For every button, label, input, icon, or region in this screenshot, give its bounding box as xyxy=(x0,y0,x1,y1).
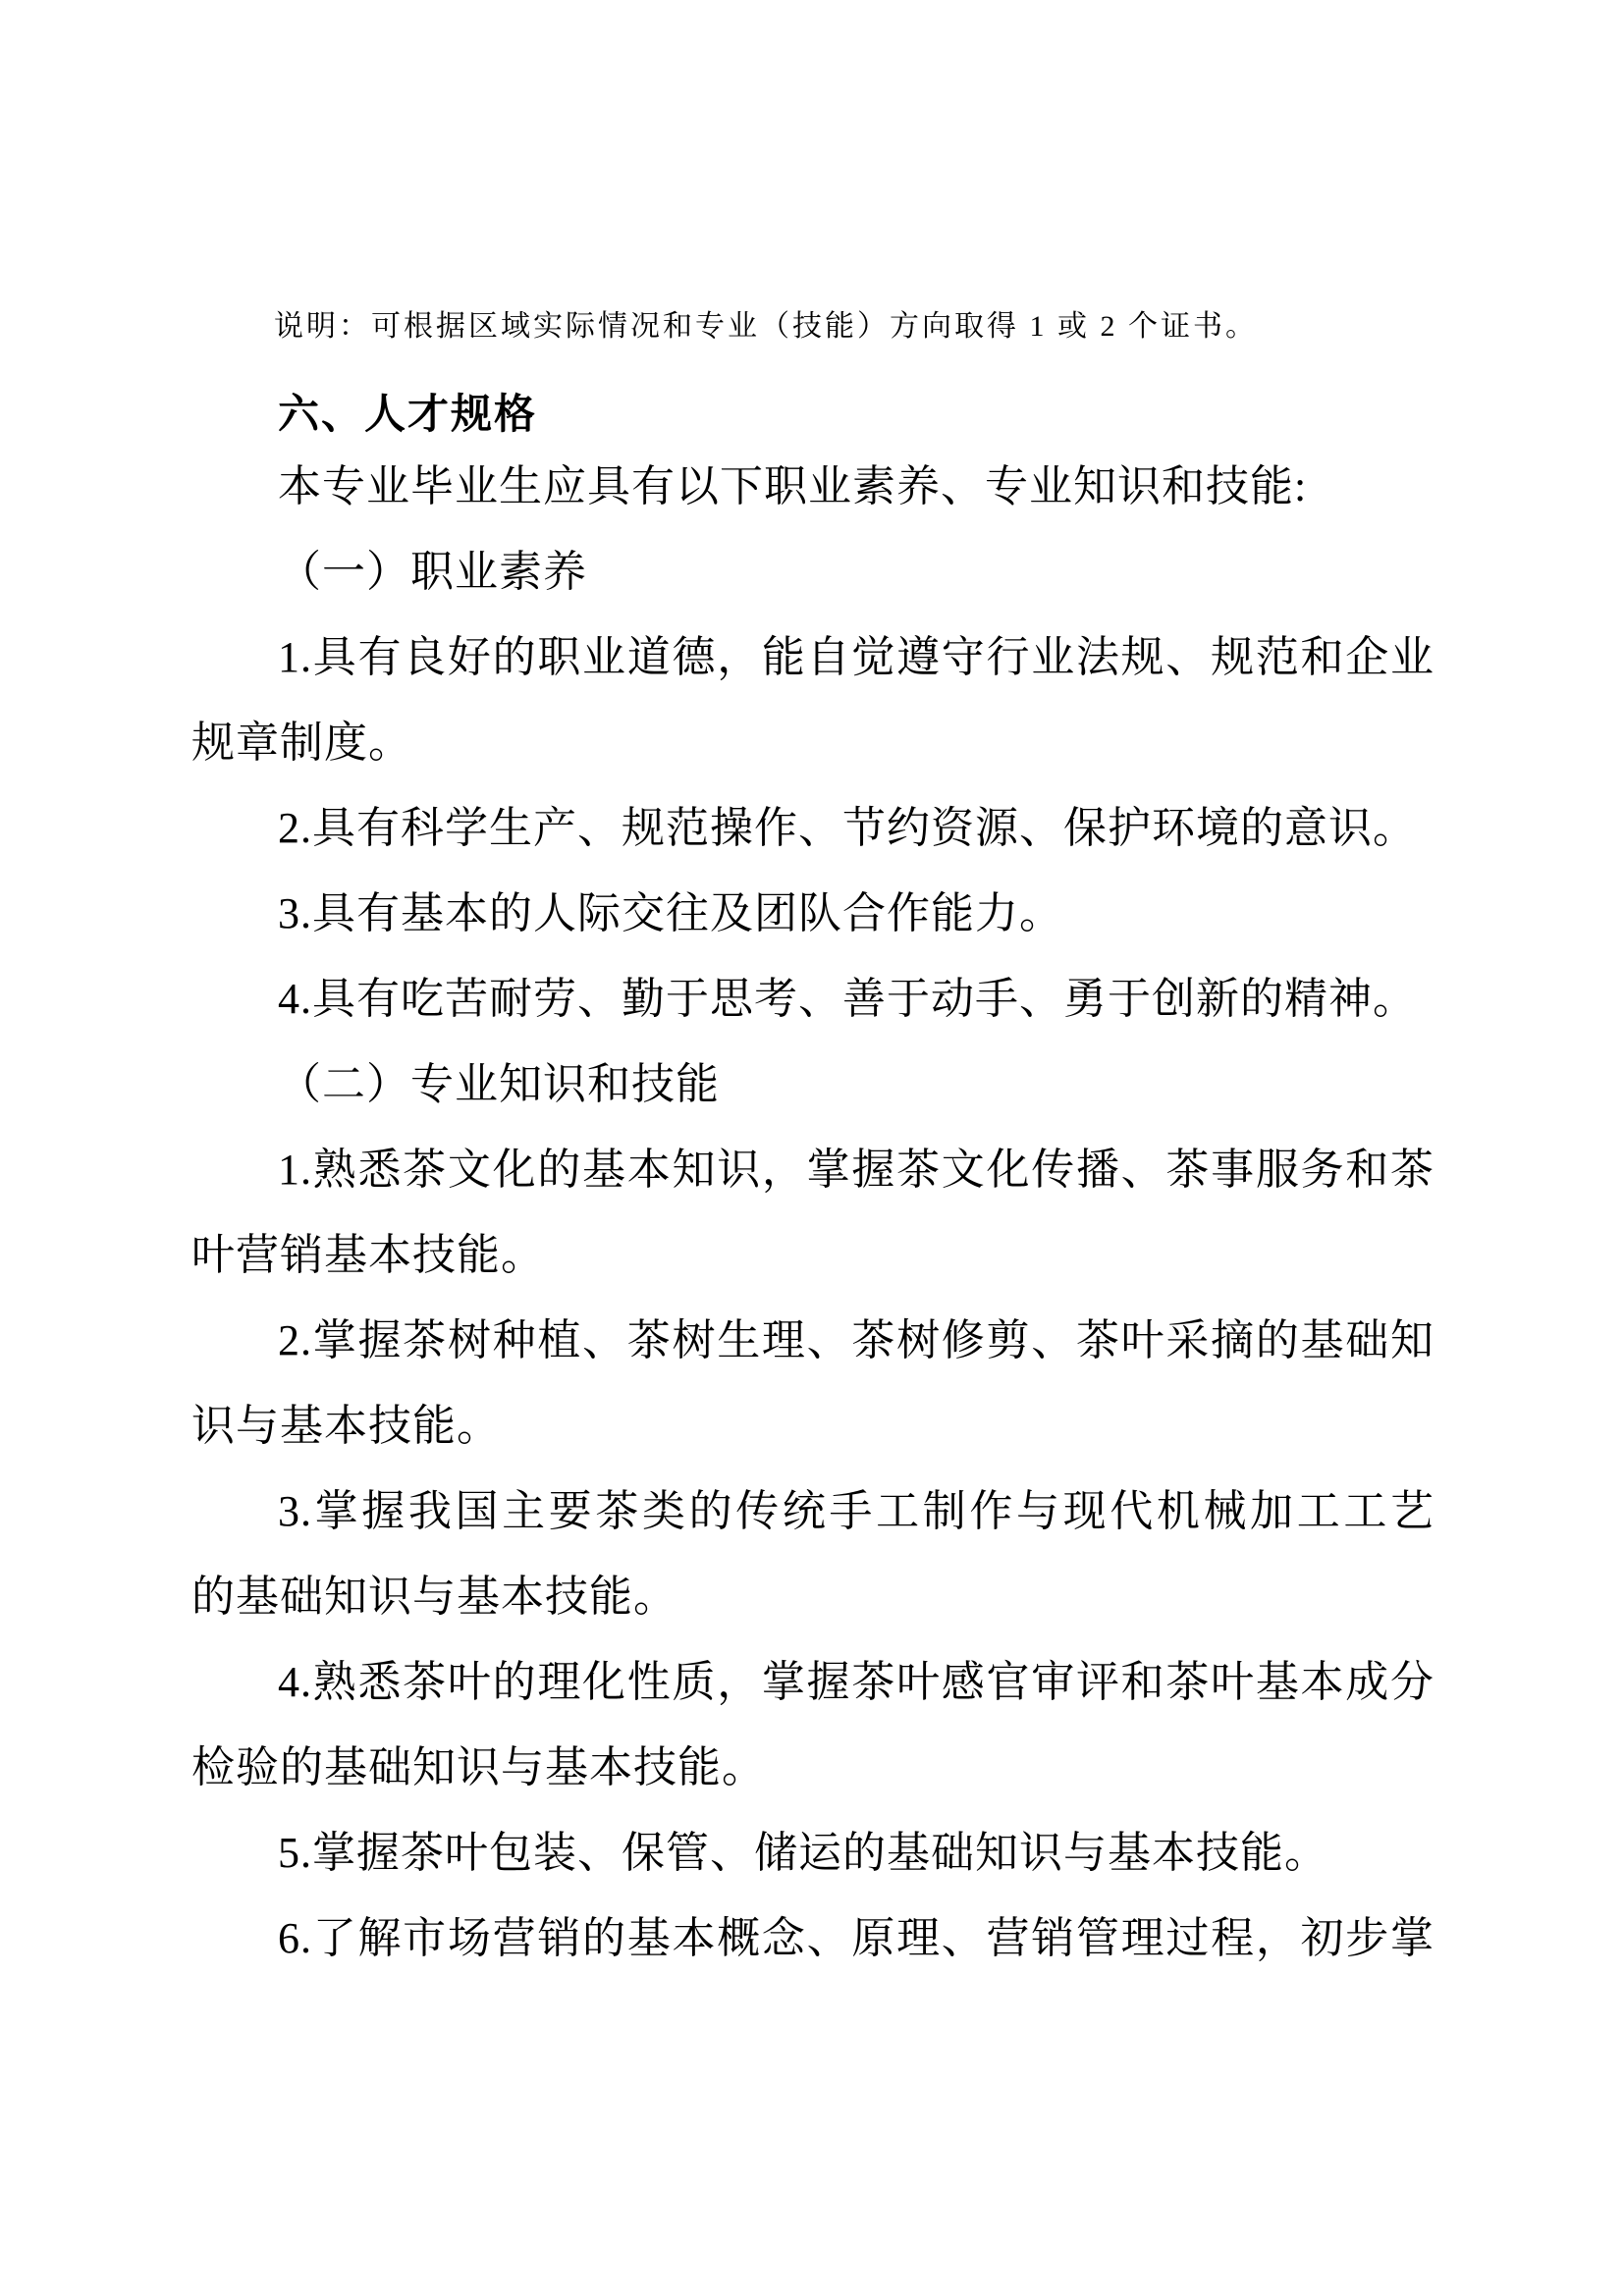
text-content: 说明：可根据区域实际情况和专业（技能）方向取得 1 或 2 个证书。 六、人才规… xyxy=(191,306,1435,1981)
body-line: 6.了解市场营销的基本概念、原理、营销管理过程，初步掌 xyxy=(191,1896,1435,1981)
body-line: 叶营销基本技能。 xyxy=(191,1212,1435,1298)
body-line: 规章制度。 xyxy=(191,700,1435,785)
body-line: 4.熟悉茶叶的理化性质，掌握茶叶感官审评和茶叶基本成分 xyxy=(191,1639,1435,1725)
document-page: 说明：可根据区域实际情况和专业（技能）方向取得 1 或 2 个证书。 六、人才规… xyxy=(0,0,1624,2296)
note-line: 说明：可根据区域实际情况和专业（技能）方向取得 1 或 2 个证书。 xyxy=(191,306,1435,347)
body-line: 的基础知识与基本技能。 xyxy=(191,1554,1435,1639)
body-line: 2.掌握茶树种植、茶树生理、茶树修剪、茶叶采摘的基础知 xyxy=(191,1298,1435,1383)
subheading-line: （一）职业素养 xyxy=(191,529,1435,614)
body-line: 4.具有吃苦耐劳、勤于思考、善于动手、勇于创新的精神。 xyxy=(191,956,1435,1041)
body-line: 2.具有科学生产、规范操作、节约资源、保护环境的意识。 xyxy=(191,785,1435,871)
body-text: 本专业毕业生应具有以下职业素养、专业知识和技能:（一）职业素养1.具有良好的职业… xyxy=(191,444,1435,1981)
body-line: 1.具有良好的职业道德，能自觉遵守行业法规、规范和企业 xyxy=(191,614,1435,700)
body-line: 识与基本技能。 xyxy=(191,1383,1435,1468)
body-line: 5.掌握茶叶包装、保管、储运的基础知识与基本技能。 xyxy=(191,1810,1435,1896)
body-line: 1.熟悉茶文化的基本知识，掌握茶文化传播、茶事服务和茶 xyxy=(191,1127,1435,1212)
body-line: 检验的基础知识与基本技能。 xyxy=(191,1725,1435,1810)
section-heading: 六、人才规格 xyxy=(191,385,1435,444)
body-line: 本专业毕业生应具有以下职业素养、专业知识和技能: xyxy=(191,444,1435,529)
body-line: 3.具有基本的人际交往及团队合作能力。 xyxy=(191,871,1435,956)
body-line: 3.掌握我国主要茶类的传统手工制作与现代机械加工工艺 xyxy=(191,1468,1435,1554)
subheading-line: （二）专业知识和技能 xyxy=(191,1041,1435,1127)
